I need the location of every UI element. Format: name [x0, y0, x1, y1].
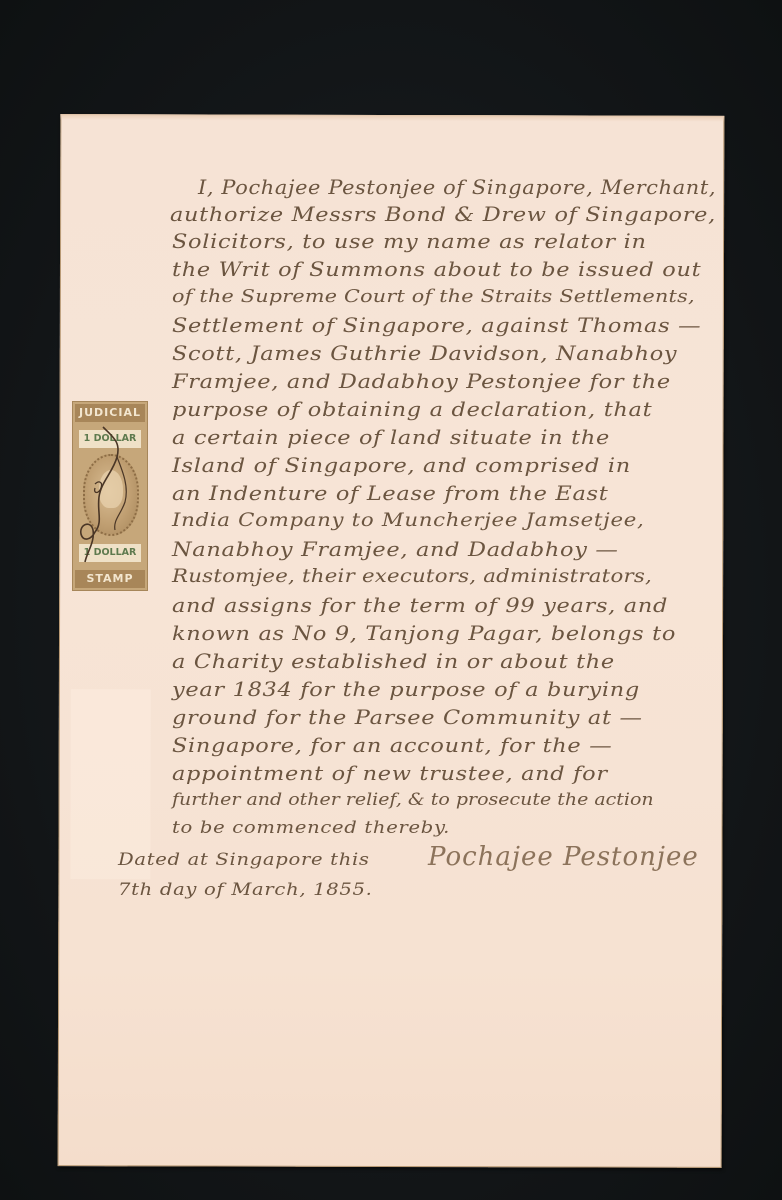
text-line: a certain piece of land situate in the: [172, 426, 610, 449]
text-line: appointment of new trustee, and for: [172, 762, 608, 785]
text-line: Island of Singapore, and comprised in: [172, 454, 631, 477]
signature: Pochajee Pestonjee: [428, 842, 699, 872]
text-line: the Writ of Summons about to be issued o…: [172, 258, 701, 281]
text-line: authorize Messrs Bond & Drew of Singapor…: [170, 203, 716, 226]
text-line: of the Supreme Court of the Straits Sett…: [172, 286, 695, 307]
text-line: Framjee, and Dadabhoy Pestonjee for the: [172, 370, 671, 393]
text-line: India Company to Muncherjee Jamsetjee,: [172, 510, 644, 531]
date-line: 7th day of March, 1855.: [118, 880, 373, 900]
text-line: and assigns for the term of 99 years, an…: [172, 594, 668, 617]
text-line: a Charity established in or about the: [172, 650, 615, 673]
text-line: Rustomjee, their executors, administrato…: [172, 566, 652, 587]
text-line: an Indenture of Lease from the East: [172, 482, 608, 505]
text-line: I, Pochajee Pestonjee of Singapore, Merc…: [198, 176, 716, 199]
text-line: Nanabhoy Framjee, and Dadabhoy —: [172, 538, 619, 561]
text-line: Scott, James Guthrie Davidson, Nanabhoy: [172, 342, 677, 365]
text-line: Settlement of Singapore, against Thomas …: [172, 314, 701, 337]
text-line: year 1834 for the purpose of a burying: [172, 678, 640, 701]
text-line: known as No 9, Tanjong Pagar, belongs to: [172, 622, 676, 645]
judicial-stamp: JUDICIAL 1 DOLLAR 1 DOLLAR STAMP: [72, 401, 148, 591]
dated-line: Dated at Singapore this: [118, 850, 370, 870]
text-line: Solicitors, to use my name as relator in: [172, 230, 647, 253]
text-line: ground for the Parsee Community at —: [172, 706, 643, 729]
cancellation-scrawl-icon: [73, 402, 149, 592]
text-line: further and other relief, & to prosecute…: [172, 790, 654, 809]
text-line: Singapore, for an account, for the —: [172, 734, 612, 757]
text-line: purpose of obtaining a declaration, that: [172, 398, 652, 421]
text-line: to be commenced thereby.: [172, 818, 450, 838]
